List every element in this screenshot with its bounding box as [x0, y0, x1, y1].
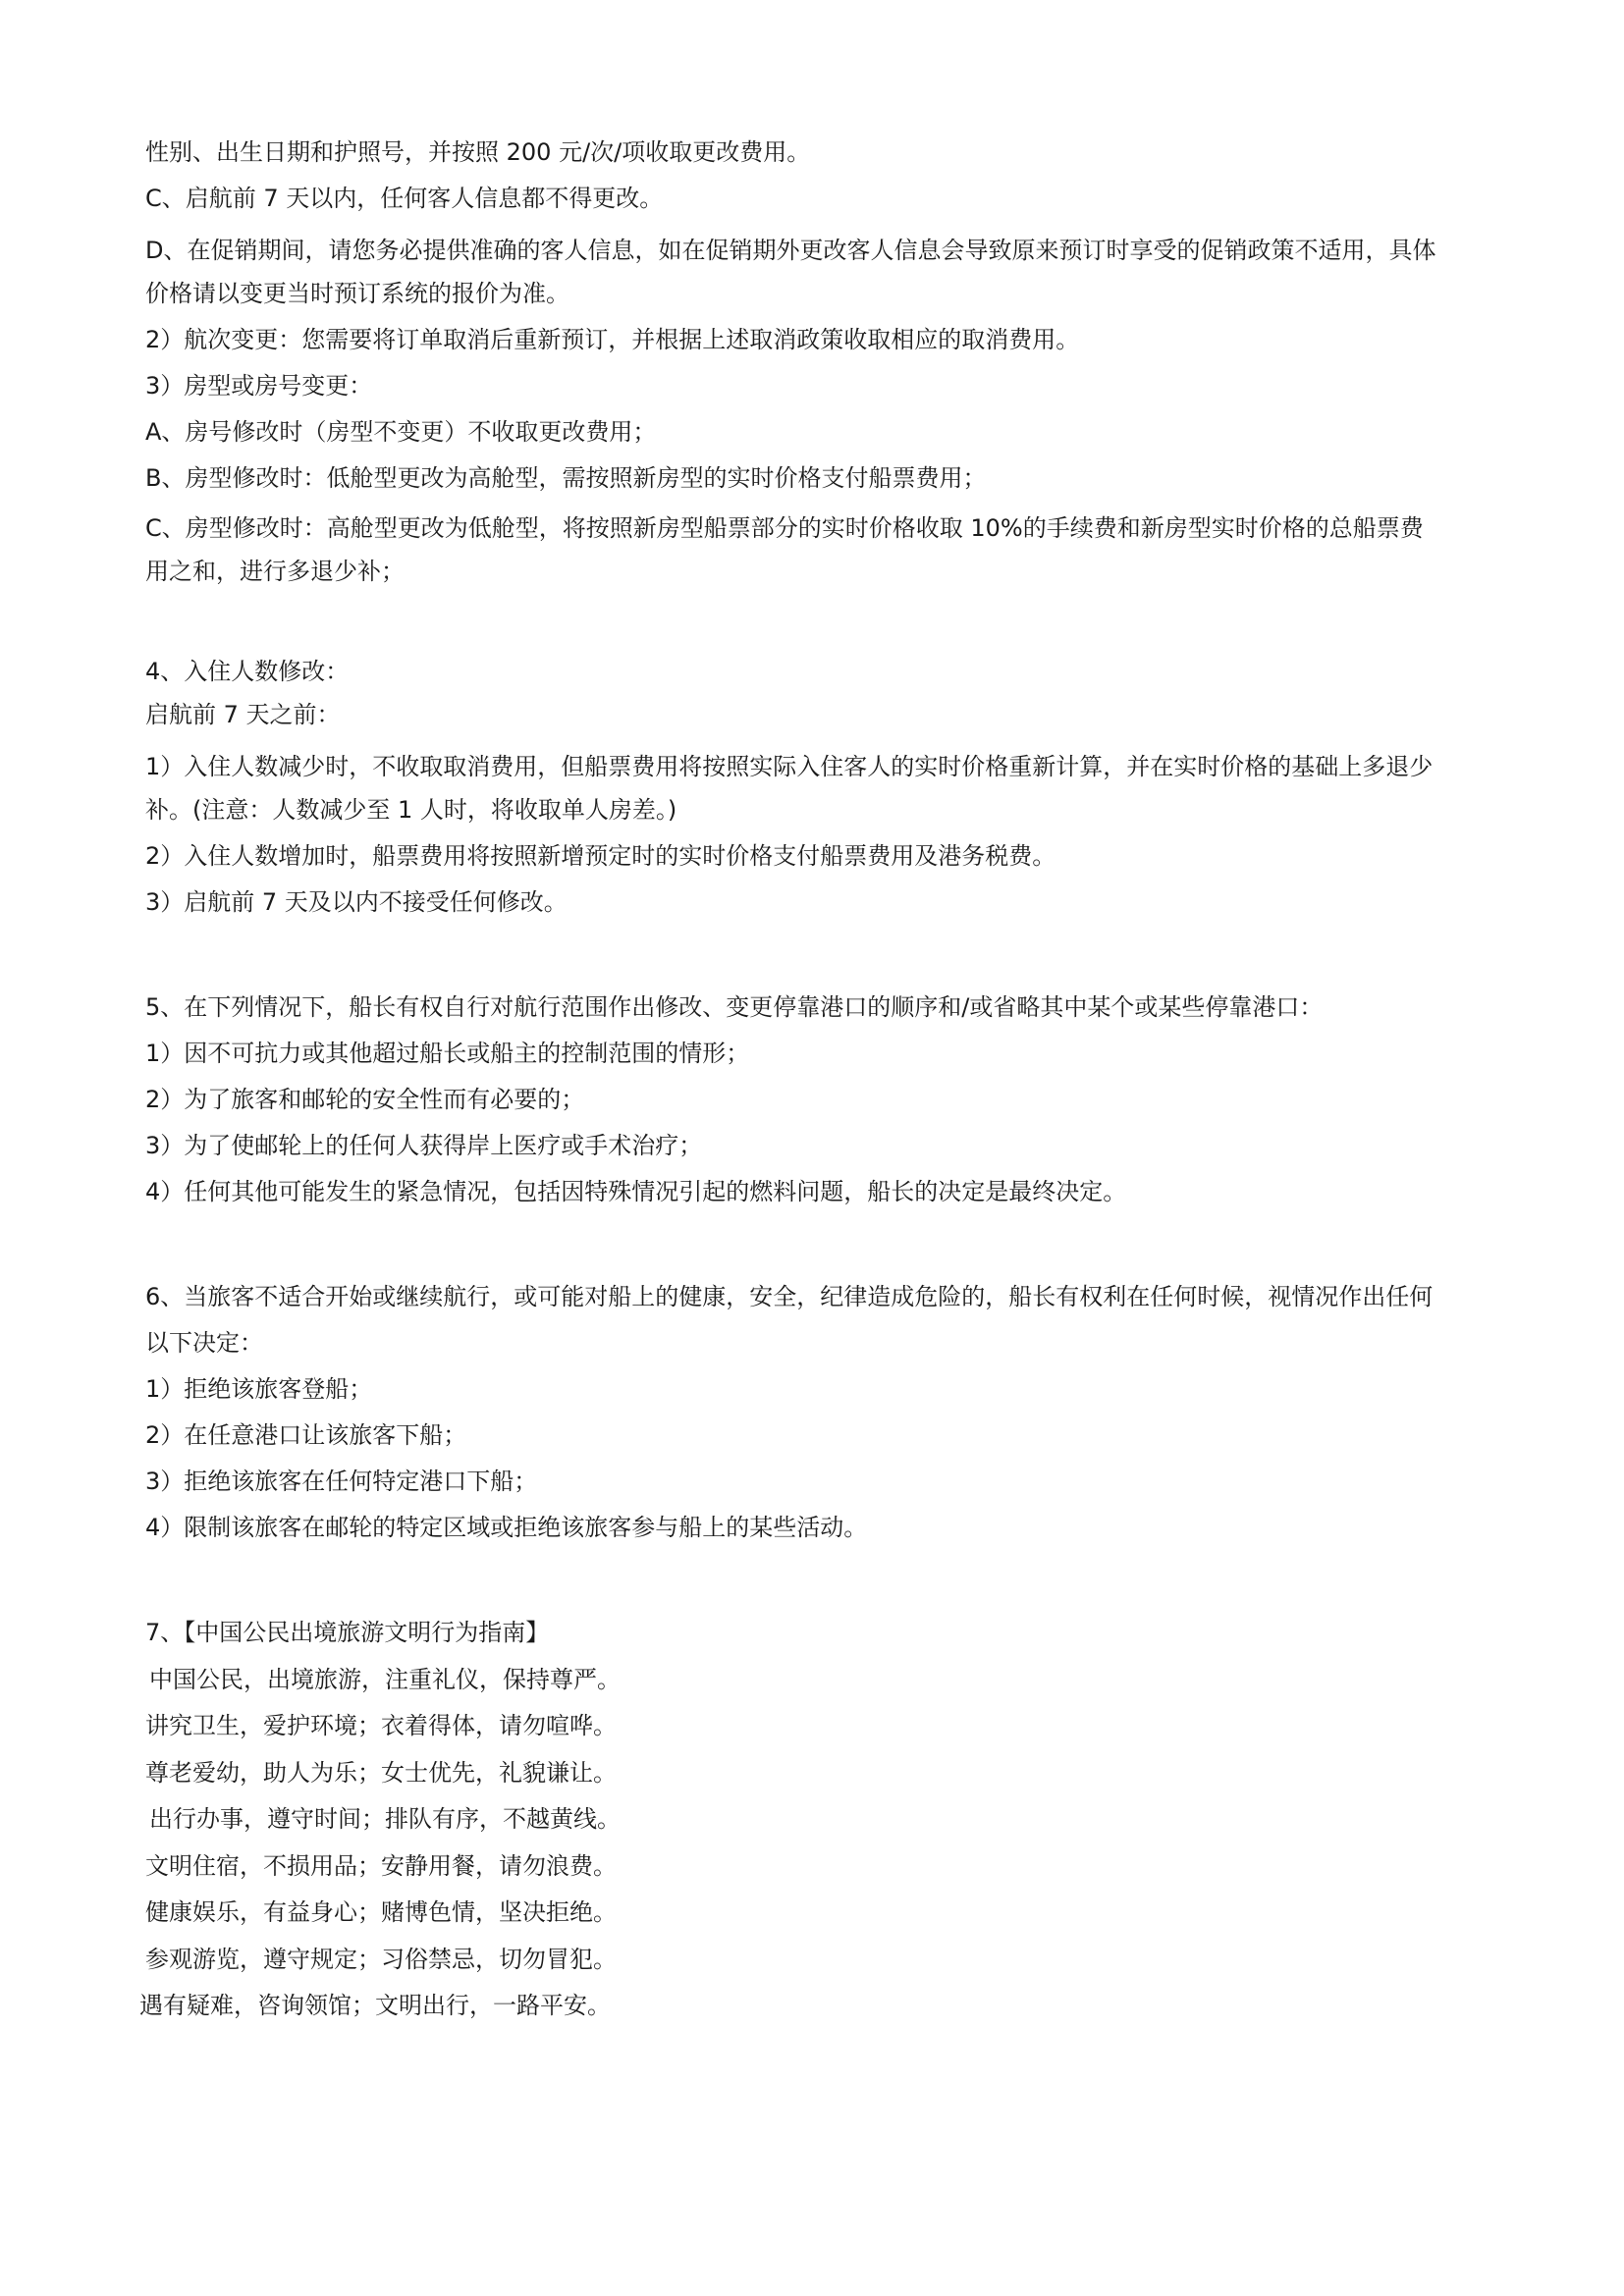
guide-line: 遇有疑难，咨询领馆；文明出行，一路平安。: [139, 1983, 1500, 2030]
paragraph-line: A、房号修改时（房型不变更）不收取更改费用；: [145, 409, 1500, 455]
section-subheading: 启航前 7 天之前：: [145, 693, 1500, 736]
section-heading: 4、入住人数修改：: [145, 650, 1500, 693]
section-heading: 7、【中国公民出境旅游文明行为指南】: [145, 1610, 1500, 1657]
paragraph-line: D、在促销期间，请您务必提供准确的客人信息，如在促销期外更改客人信息会导致原来预…: [145, 228, 1500, 274]
guide-line: 健康娱乐，有益身心；赌博色情，坚决拒绝。: [145, 1890, 1500, 1937]
document-page: 性别、出生日期和护照号，并按照 200 元/次/项收取更改费用。 C、启航前 7…: [145, 130, 1500, 2030]
section-5: 5、在下列情况下，船长有权自行对航行范围作出修改、变更停靠港口的顺序和/或省略其…: [145, 985, 1500, 1215]
section-6: 6、当旅客不适合开始或继续航行，或可能对船上的健康，安全，纪律造成危险的，船长有…: [145, 1274, 1500, 1551]
guide-line: 尊老爱幼，助人为乐；女士优先，礼貌谦让。: [145, 1750, 1500, 1797]
section-3-continued: 性别、出生日期和护照号，并按照 200 元/次/项收取更改费用。 C、启航前 7…: [145, 130, 1500, 591]
list-item: 1）入住人数减少时，不收取取消费用，但船票费用将按照实际入住客人的实时价格重新计…: [145, 744, 1500, 790]
guide-line: 讲究卫生，爱护环境；衣着得体，请勿喧哗。: [145, 1703, 1500, 1750]
spacer: [145, 1215, 1500, 1274]
section-7-civility-guide: 7、【中国公民出境旅游文明行为指南】 中国公民，出境旅游，注重礼仪，保持尊严。 …: [145, 1610, 1500, 2030]
paragraph-line: 价格请以变更当时预订系统的报价为准。: [145, 274, 1500, 313]
paragraph-line: 3）房型或房号变更：: [145, 363, 1500, 409]
section-4: 4、入住人数修改： 启航前 7 天之前： 1）入住人数减少时，不收取取消费用，但…: [145, 650, 1500, 926]
paragraph-line: 2）航次变更：您需要将订单取消后重新预订，并根据上述取消政策收取相应的取消费用。: [145, 317, 1500, 363]
spacer: [145, 926, 1500, 985]
guide-line: 中国公民，出境旅游，注重礼仪，保持尊严。: [145, 1657, 1500, 1704]
list-item: 4）限制该旅客在邮轮的特定区域或拒绝该旅客参与船上的某些活动。: [145, 1505, 1500, 1551]
list-item: 3）拒绝该旅客在任何特定港口下船；: [145, 1459, 1500, 1505]
list-item: 1）拒绝该旅客登船；: [145, 1366, 1500, 1413]
list-item: 2）入住人数增加时，船票费用将按照新增预定时的实时价格支付船票费用及港务税费。: [145, 833, 1500, 880]
section-heading: 5、在下列情况下，船长有权自行对航行范围作出修改、变更停靠港口的顺序和/或省略其…: [145, 985, 1500, 1031]
list-item: 1）因不可抗力或其他超过船长或船主的控制范围的情形；: [145, 1031, 1500, 1077]
paragraph-line: C、启航前 7 天以内，任何客人信息都不得更改。: [145, 176, 1500, 222]
list-item-continuation: 补。(注意：人数减少至 1 人时，将收取单人房差。): [145, 790, 1500, 829]
guide-line: 出行办事，遵守时间；排队有序，不越黄线。: [145, 1796, 1500, 1843]
guide-line: 参观游览，遵守规定；习俗禁忌，切勿冒犯。: [145, 1937, 1500, 1984]
section-heading-continuation: 以下决定：: [145, 1320, 1500, 1366]
paragraph-line: 用之和，进行多退少补；: [145, 552, 1500, 591]
list-item: 3）启航前 7 天及以内不接受任何修改。: [145, 880, 1500, 926]
list-item: 2）为了旅客和邮轮的安全性而有必要的；: [145, 1077, 1500, 1123]
list-item: 3）为了使邮轮上的任何人获得岸上医疗或手术治疗；: [145, 1123, 1500, 1169]
spacer: [145, 591, 1500, 650]
spacer: [145, 1551, 1500, 1610]
paragraph-line: C、房型修改时：高舱型更改为低舱型，将按照新房型船票部分的实时价格收取 10%的…: [145, 506, 1500, 552]
guide-line: 文明住宿，不损用品；安静用餐，请勿浪费。: [145, 1843, 1500, 1891]
paragraph-line: B、房型修改时：低舱型更改为高舱型，需按照新房型的实时价格支付船票费用；: [145, 455, 1500, 502]
list-item: 4）任何其他可能发生的紧急情况，包括因特殊情况引起的燃料问题，船长的决定是最终决…: [145, 1169, 1500, 1215]
list-item: 2）在任意港口让该旅客下船；: [145, 1413, 1500, 1459]
paragraph-line: 性别、出生日期和护照号，并按照 200 元/次/项收取更改费用。: [145, 130, 1500, 176]
section-heading: 6、当旅客不适合开始或继续航行，或可能对船上的健康，安全，纪律造成危险的，船长有…: [145, 1274, 1500, 1320]
